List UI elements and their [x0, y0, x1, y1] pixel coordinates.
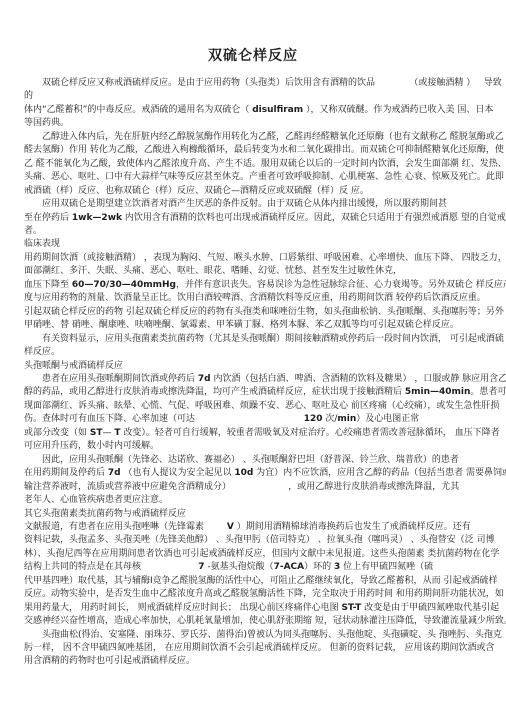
text-line: 伤。查体时可有血压下降、心率加速（可达 120 次/min）及心电图正常: [24, 413, 496, 426]
text-line: 甲硝唑、替 硝唑、酮康唑、呋喃唑酮、氯霉素、甲苯磺丁脲、格列本脲、苯乙双胍等均可…: [24, 319, 496, 332]
text-line: 反应。动物实验中，是否发生血中乙醛浓度升高或乙醛脱氢酶活性下降，完全取决于用药时…: [24, 588, 496, 601]
text-line: 老年人、心血管疾病患者更应注意。: [24, 494, 496, 507]
document-title: 双硫仑样反应: [24, 45, 482, 65]
document-body: 双硫仑样反应又称戒酒硫样反应。是由于应用药物（头孢类）后饮用含有酒精的饮品 （或…: [24, 77, 496, 669]
text-line: 结构上共同的特点是在其母核 7 -氨基头孢烷酸（7-ACA）环的 3 位上有甲硫…: [24, 561, 496, 574]
text-line: 的: [24, 90, 496, 103]
text-line: 血压下降至 60—70/30—40mmHg，并伴有意识丧失。容易误诊为急性冠脉综…: [24, 279, 496, 292]
text-line: 度与应用药物的剂量、饮酒量呈正比。饮用白酒较啤酒、含酒精饮料等反应重，用药期间饮…: [24, 292, 496, 305]
text-line: 应用双硫仑是期望建立饮酒者对酒产生厌恶的条件反射。由于双硫仑从体内排出缓慢，所以…: [24, 198, 496, 211]
text-line: 用药期间饮酒（或接触酒精） ，表现为胸闷、气短、喉头水肿、口唇紫绀、呼吸困难、心…: [24, 252, 496, 265]
text-line: 者。: [24, 225, 496, 238]
text-line: 患者在应用头孢哌酮期间饮酒或停药后 7d 内饮酒（包括白酒、啤酒、含酒精的饮料及…: [24, 373, 496, 386]
text-line: 资料记载，头孢孟多、头孢美唑（先锋美他醇） 、头孢甲肟（倍司特克） 、拉氧头孢（…: [24, 534, 496, 547]
text-line: 在用药期间及停药后 7d （也有人提议为安全起见以 10d 为宜）内不应饮酒，应…: [24, 467, 496, 480]
text-line: 肟一样， 因不含甲硫四氮唑基团， 在应用期间饮酒不会引起戒酒硫样反应。 但新的资…: [24, 642, 496, 655]
text-line: 醛去氢酶）作用 转化为乙酸，乙酸进入枸橼酸循环，最后转变为水和二氧化碳排出。而双…: [24, 144, 496, 157]
section-heading: 头孢哌酮与戒酒硫样反应: [24, 360, 496, 373]
text-line: 至在停药后 1wk—2wk 内饮用含有酒精的饮料也可出现戒酒硫样反应。因此，双硫…: [24, 212, 496, 225]
text-line: 用含酒精的药物时也可引起戒酒硫样反应。: [24, 655, 496, 668]
text-line: 输注营养液时，流质或营养液中应避免含酒精成分） ，或用乙醇进行皮肤消毒或擦洗降温…: [24, 481, 496, 494]
text-line: 双硫仑样反应又称戒酒硫样反应。是由于应用药物（头孢类）后饮用含有酒精的饮品 （或…: [24, 77, 496, 90]
text-line: 果用药量大， 用药时间长， 则戒酒硫样反应时间长； 出现心前区疼痛伴心电图 ST…: [24, 602, 496, 615]
text-line: 有关资料显示，应用头孢菌素类抗菌药物（尤其是头孢哌酮）期间接触酒精或停药后一段时…: [24, 333, 496, 346]
text-line: 样反应。: [24, 346, 496, 359]
text-line: 或部分改变（如 ST— T 改变）。轻者可自行缓解，较重者需吸氧及对症治疗。心绞…: [24, 427, 496, 440]
text-line: 因此，应用头孢哌酮（先锋必、达诺欣、赛福必） 、头孢哌酮舒巴坦（舒普深、铃兰欣、…: [24, 454, 496, 467]
text-line: 头痛、恶心、呕吐、口中有大蒜样气味等反应甚至休克。产重者可致呼吸抑制、心肌梗塞、…: [24, 171, 496, 184]
text-line: 体内“乙醛蓄积”的中毒反应。戒酒硫的通用名为双硫仑（ disulfiram ），…: [24, 104, 496, 117]
text-line: 现面部潮红、诉头痛、眩晕、心慌、气促、呼吸困难、烦躁不安、恶心、呕吐及心 前区疼…: [24, 400, 496, 413]
text-line: 乙 醛不能氧化为乙酸，致使体内乙醛浓度升高、产生不适。服用双硫仑以后的一定时间内…: [24, 158, 496, 171]
text-line: 文献报道，有患者在应用头孢唑啉（先锋霉素 V ）期间用酒精棉球消毒换药后也发生了…: [24, 521, 496, 534]
document-page: 双硫仑样反应 双硫仑样反应又称戒酒硫样反应。是由于应用药物（头孢类）后饮用含有酒…: [0, 0, 506, 715]
text-line: 乙醇进入体内后，先在肝脏内经乙醇脱氢酶作用转化为乙醛，乙醛再经醛糖氧化还原酶（也…: [24, 131, 496, 144]
text-line: 林）、头孢尼西等在应用期间患者饮酒也可引起戒酒硫样反应，但国内文献中未见报道。这…: [24, 548, 496, 561]
text-line: 引起双硫仑样反应的药物 引起双硫仑样反应的药物有头孢类和咪唑衍生物，如头孢曲松钠…: [24, 306, 496, 319]
section-heading: 其它头孢菌素类抗菌药物与戒酒硫样反应: [24, 508, 496, 521]
text-line: 醇的药品，或用乙醇进行皮肤消毒或擦洗降温，均可产生戒酒硫样反应，症状出现于接触酒…: [24, 386, 496, 399]
text-line: 等国药典。: [24, 117, 496, 130]
text-line: 戒酒硫（样）反应、也称双硫仑（样）反应、双硫仑—酒精反应或双硫醒（样）反 应。: [24, 185, 496, 198]
text-line: 代甲基四唑）取代基，其与辅酶Ⅰ竞争乙醛脱氢酶的活性中心，可阻止乙醛继续氧化，导致…: [24, 575, 496, 588]
text-line: 头孢曲松(得治、安塞隆、丽珠芬、罗氏芬、菌得治)曾被认为同头孢噻肟、头孢他啶、头…: [24, 629, 496, 642]
text-line: 可应用升压药，数小时内可缓解。: [24, 440, 496, 453]
text-line: 面部潮红、多汗、失眠、头痛、恶心、呕吐、眼花、嗜睡、幻觉、忧愁、甚至发生过敏性休…: [24, 265, 496, 278]
section-heading: 临床表现: [24, 238, 496, 251]
text-line: 交感神经兴奋性增高，造成心率加快，心肌耗氧量增加，使心肌舒张期缩 短，冠状动脉灌…: [24, 615, 496, 628]
